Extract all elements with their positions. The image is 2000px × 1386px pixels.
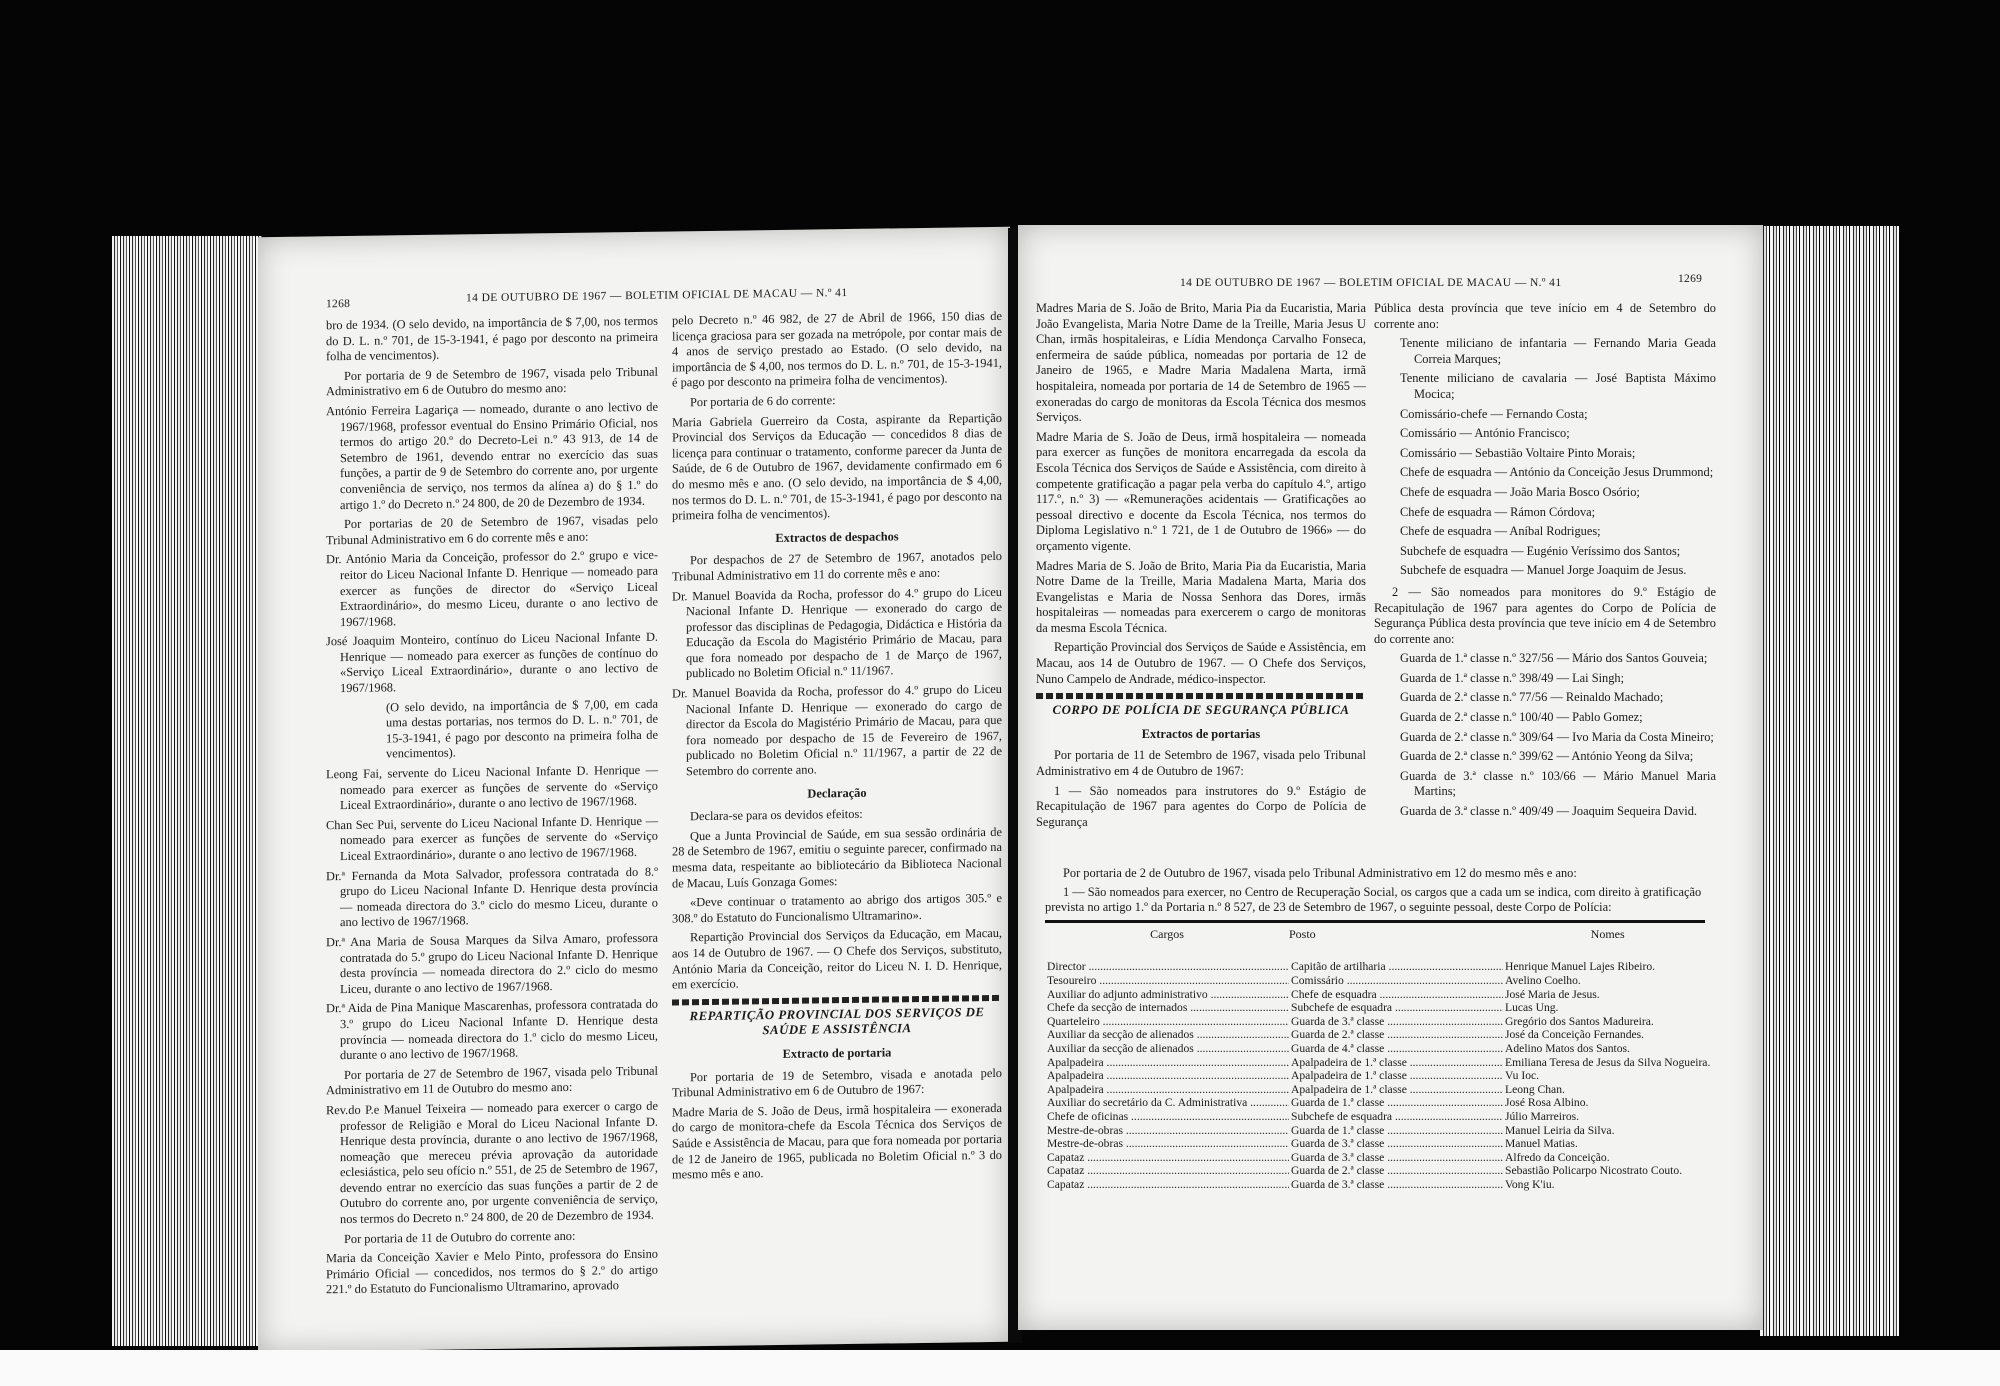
paragraph: 1 — São nomeados para instrutores do 9.º… <box>1036 784 1366 831</box>
posto-cell: Capitão de artilharia ..................… <box>1289 960 1503 974</box>
posto-cell: Guarda de 2.ª classe ...................… <box>1289 1028 1503 1042</box>
posto-cell: Apalpadeira de 1.ª classe ..............… <box>1289 1056 1503 1070</box>
cargo-cell: Capataz ................................… <box>1045 1178 1289 1192</box>
paragraph: Maria da Conceição Xavier e Melo Pinto, … <box>326 1247 658 1298</box>
instructors-list: Tenente miliciano de infantaria — Fernan… <box>1374 336 1716 579</box>
table-row: Mestre-de-obras ........................… <box>1045 1137 1712 1151</box>
cargo-cell: Director ...............................… <box>1045 960 1289 974</box>
paragraph: Por despachos de 27 de Setembro de 1967,… <box>672 549 1002 585</box>
paragraph: António Ferreira Lagariça — nomeado, dur… <box>326 400 658 514</box>
cargo-cell: Quarteleiro ............................… <box>1045 1015 1289 1029</box>
paragraph: Dr.ª Ana Maria de Sousa Marques da Silva… <box>326 931 658 998</box>
list-item: Chefe de esquadra — Aníbal Rodrigues; <box>1374 524 1716 540</box>
col-header-posto: Posto <box>1289 923 1503 961</box>
list-item: Guarda de 2.ª classe n.º 399/62 — Antóni… <box>1374 749 1716 765</box>
list-item: Guarda de 2.ª classe n.º 100/40 — Pablo … <box>1374 710 1716 726</box>
paragraph: Dr.ª Fernanda da Mota Salvador, professo… <box>326 864 658 931</box>
nome-cell: Manuel Leiria da Silva. <box>1503 1124 1712 1138</box>
paragraph: Dr. Manuel Boavida da Rocha, professor d… <box>672 682 1002 780</box>
paragraph: Repartição Provincial dos Serviços de Sa… <box>1036 640 1366 687</box>
paragraph: Madre Maria de S. João de Deus, irmã hos… <box>672 1101 1002 1184</box>
table-row: Director ...............................… <box>1045 960 1712 974</box>
paragraph: Que a Junta Provincial de Saúde, em sua … <box>672 825 1002 892</box>
paragraph: Maria Gabriela Guerreiro da Costa, aspir… <box>672 410 1002 524</box>
list-item: Chefe de esquadra — João Maria Bosco Osó… <box>1374 485 1716 501</box>
posto-cell: Comissário .............................… <box>1289 974 1503 988</box>
posto-cell: Guarda de 1.ª classe ...................… <box>1289 1124 1503 1138</box>
section-heading: CORPO DE POLÍCIA DE SEGURANÇA PÚBLICA <box>1036 703 1366 719</box>
nome-cell: José da Conceição Fernandes. <box>1503 1028 1712 1042</box>
posto-cell: Subchefe de esquadra ...................… <box>1289 1110 1503 1124</box>
monitors-intro: 2 — São nomeados para monitores do 9.º E… <box>1374 585 1716 647</box>
list-item: Guarda de 2.ª classe n.º 77/56 — Reinald… <box>1374 690 1716 706</box>
cargo-cell: Apalpadeira ............................… <box>1045 1069 1289 1083</box>
right-column-2: Pública desta província que teve início … <box>1374 301 1716 824</box>
list-item: Tenente miliciano de infantaria — Fernan… <box>1374 336 1716 367</box>
nome-cell: Lucas Ung. <box>1503 1001 1712 1015</box>
paragraph: Rev.do P.e Manuel Teixeira — nomeado par… <box>326 1099 658 1228</box>
paragraph: (O selo devido, na importância de $ 7,00… <box>326 696 658 763</box>
book-page-edges-right <box>1760 226 1900 1336</box>
posto-cell: Guarda de 1.ª classe ...................… <box>1289 1096 1503 1110</box>
instructors-intro: Pública desta província que teve início … <box>1374 301 1716 332</box>
table-row: Chefe da secção de internados ..........… <box>1045 1001 1712 1015</box>
list-item: Subchefe de esquadra — Eugénio Veríssimo… <box>1374 544 1716 560</box>
paragraph: Por portaria de 19 de Setembro, visada e… <box>672 1065 1002 1101</box>
col-header-nomes: Nomes <box>1503 923 1712 961</box>
monitors-list: Guarda de 1.ª classe n.º 327/56 — Mário … <box>1374 651 1716 819</box>
posto-cell: Apalpadeira de 1.ª classe ..............… <box>1289 1083 1503 1097</box>
section-heading: Extractos de portarias <box>1036 727 1366 743</box>
table-row: Capataz ................................… <box>1045 1178 1712 1192</box>
paragraph: Por portaria de 11 de Setembro de 1967, … <box>1036 748 1366 779</box>
table-row: Quarteleiro ............................… <box>1045 1015 1712 1029</box>
paragraph: Chan Sec Pui, servente do Liceu Nacional… <box>326 813 658 864</box>
paragraph: Por portarias de 20 de Setembro de 1967,… <box>326 513 658 549</box>
scanner-bottom-strip <box>0 1350 2000 1386</box>
cargo-cell: Apalpadeira ............................… <box>1045 1056 1289 1070</box>
paragraph: Madres Maria de S. João de Brito, Maria … <box>1036 301 1366 426</box>
paragraph: Por portaria de 6 do corrente: <box>672 391 1002 411</box>
page-number: 1269 <box>1678 273 1702 285</box>
paragraph: Leong Fai, servente do Liceu Nacional In… <box>326 763 658 814</box>
table-row: Apalpadeira ............................… <box>1045 1083 1712 1097</box>
paragraph: Declara-se para os devidos efeitos: <box>672 805 1002 825</box>
nome-cell: Vong K'iu. <box>1503 1178 1712 1192</box>
list-item: Comissário-chefe — Fernando Costa; <box>1374 407 1716 423</box>
wide-paragraph-2: 1 — São nomeados para exercer, no Centro… <box>1045 885 1705 916</box>
posto-cell: Guarda de 3.ª classe ...................… <box>1289 1137 1503 1151</box>
paragraph: Por portaria de 11 de Outubro do corrent… <box>326 1227 658 1247</box>
posto-cell: Guarda de 3.ª classe ...................… <box>1289 1151 1503 1165</box>
table-row: Capataz ................................… <box>1045 1151 1712 1165</box>
nome-cell: José Rosa Albino. <box>1503 1096 1712 1110</box>
section-heading: Extracto de portaria <box>672 1044 1002 1064</box>
nome-cell: Leong Chan. <box>1503 1083 1712 1097</box>
table-row: Auxiliar do adjunto administrativo .....… <box>1045 988 1712 1002</box>
table-row: Auxiliar da secção de alienados ........… <box>1045 1042 1712 1056</box>
cargo-cell: Apalpadeira ............................… <box>1045 1083 1289 1097</box>
wide-paragraph-1: Por portaria de 2 de Outubro de 1967, vi… <box>1045 866 1705 882</box>
paragraph: Repartição Provincial dos Serviços da Ed… <box>672 926 1002 993</box>
nome-cell: Sebastião Policarpo Nicostrato Couto. <box>1503 1164 1712 1178</box>
paragraph: Por portaria de 9 de Setembro de 1967, v… <box>326 364 658 400</box>
cargo-cell: Auxiliar do adjunto administrativo .....… <box>1045 988 1289 1002</box>
paragraph: Madre Maria de S. João de Deus, irmã hos… <box>1036 430 1366 555</box>
section-heading: Extractos de despachos <box>672 528 1002 548</box>
cargo-cell: Auxiliar da secção de alienados ........… <box>1045 1028 1289 1042</box>
cargo-cell: Tesoureiro .............................… <box>1045 974 1289 988</box>
nome-cell: Júlio Marreiros. <box>1503 1110 1712 1124</box>
paragraph: José Joaquim Monteiro, contínuo do Liceu… <box>326 630 658 697</box>
paragraph: Por portaria de 27 de Setembro de 1967, … <box>326 1063 658 1099</box>
table-row: Apalpadeira ............................… <box>1045 1069 1712 1083</box>
left-column-2: pelo Decreto n.º 46 982, de 27 de Abril … <box>672 309 1002 1187</box>
nome-cell: Manuel Matias. <box>1503 1137 1712 1151</box>
list-item: Guarda de 1.ª classe n.º 327/56 — Mário … <box>1374 651 1716 667</box>
running-head: 14 DE OUTUBRO DE 1967 — BOLETIM OFICIAL … <box>466 287 847 304</box>
table-row: Chefe de oficinas ......................… <box>1045 1110 1712 1124</box>
cargo-cell: Mestre-de-obras ........................… <box>1045 1124 1289 1138</box>
paragraph: pelo Decreto n.º 46 982, de 27 de Abril … <box>672 309 1002 392</box>
cargos-table: Cargos Posto Nomes Director ............… <box>1045 923 1712 1192</box>
section-heading: REPARTIÇÃO PROVINCIAL DOS SERVIÇOS DE SA… <box>672 1005 1002 1041</box>
book-page-edges-left <box>112 236 262 1346</box>
dashed-rule <box>672 995 1002 1006</box>
table-row: Mestre-de-obras ........................… <box>1045 1124 1712 1138</box>
posto-cell: Apalpadeira de 1.ª classe ..............… <box>1289 1069 1503 1083</box>
table-row: Capataz ................................… <box>1045 1164 1712 1178</box>
table-row: Apalpadeira ............................… <box>1045 1056 1712 1070</box>
nome-cell: Alfredo da Conceição. <box>1503 1151 1712 1165</box>
paragraph: Madres Maria de S. João de Brito, Maria … <box>1036 559 1366 637</box>
cargo-cell: Capataz ................................… <box>1045 1151 1289 1165</box>
nome-cell: José Maria de Jesus. <box>1503 988 1712 1002</box>
list-item: Subchefe de esquadra — Manuel Jorge Joaq… <box>1374 563 1716 579</box>
posto-cell: Guarda de 3.ª classe ...................… <box>1289 1015 1503 1029</box>
posto-cell: Chefe de esquadra ......................… <box>1289 988 1503 1002</box>
table-row: Tesoureiro .............................… <box>1045 974 1712 988</box>
paragraph: Dr.ª Aida de Pina Manique Mascarenhas, p… <box>326 997 658 1064</box>
nome-cell: Adelino Matos dos Santos. <box>1503 1042 1712 1056</box>
nome-cell: Henrique Manuel Lajes Ribeiro. <box>1503 960 1712 974</box>
page-number: 1268 <box>326 298 350 310</box>
cargo-cell: Chefe da secção de internados ..........… <box>1045 1001 1289 1015</box>
paragraph: Dr. António Maria da Conceição, professo… <box>326 548 658 631</box>
posto-cell: Guarda de 2.ª classe ...................… <box>1289 1164 1503 1178</box>
list-item: Guarda de 2.ª classe n.º 309/64 — Ivo Ma… <box>1374 730 1716 746</box>
list-item: Guarda de 3.ª classe n.º 103/66 — Mário … <box>1374 769 1716 800</box>
nome-cell: Avelino Coelho. <box>1503 974 1712 988</box>
paragraph: «Deve continuar o tratamento ao abrigo d… <box>672 891 1002 927</box>
list-item: Comissário — Sebastião Voltaire Pinto Mo… <box>1374 446 1716 462</box>
table-row: Auxiliar do secretário da C. Administrat… <box>1045 1096 1712 1110</box>
dashed-rule <box>1036 693 1366 699</box>
left-column-1: bro de 1934. (O selo devido, na importân… <box>326 314 658 1303</box>
table-row: Auxiliar da secção de alienados ........… <box>1045 1028 1712 1042</box>
nome-cell: Emiliana Teresa de Jesus da Silva Noguei… <box>1503 1056 1712 1070</box>
list-item: Tenente miliciano de cavalaria — José Ba… <box>1374 371 1716 402</box>
nome-cell: Gregório dos Santos Madureira. <box>1503 1015 1712 1029</box>
right-column-1: Madres Maria de S. João de Brito, Maria … <box>1036 301 1366 834</box>
cargo-cell: Auxiliar do secretário da C. Administrat… <box>1045 1096 1289 1110</box>
list-item: Guarda de 1.ª classe n.º 398/49 — Lai Si… <box>1374 671 1716 687</box>
cargo-cell: Mestre-de-obras ........................… <box>1045 1137 1289 1151</box>
section-heading: Declaração <box>672 783 1002 803</box>
cargo-cell: Auxiliar da secção de alienados ........… <box>1045 1042 1289 1056</box>
posto-cell: Guarda de 4.ª classe ...................… <box>1289 1042 1503 1056</box>
left-page: 1268 14 DE OUTUBRO DE 1967 — BOLETIM OFI… <box>258 227 1010 1353</box>
list-item: Comissário — António Francisco; <box>1374 426 1716 442</box>
cargo-cell: Chefe de oficinas ......................… <box>1045 1110 1289 1124</box>
cargo-cell: Capataz ................................… <box>1045 1164 1289 1178</box>
paragraph: Dr. Manuel Boavida da Rocha, professor d… <box>672 584 1002 682</box>
nome-cell: Vu Ioc. <box>1503 1069 1712 1083</box>
posto-cell: Guarda de 3.ª classe ...................… <box>1289 1178 1503 1192</box>
list-item: Guarda de 3.ª classe n.º 409/49 — Joaqui… <box>1374 804 1716 820</box>
col-header-cargos: Cargos <box>1045 923 1289 961</box>
wide-section: Por portaria de 2 de Outubro de 1967, vi… <box>1045 866 1705 1191</box>
running-head: 14 DE OUTUBRO DE 1967 — BOLETIM OFICIAL … <box>1180 277 1561 289</box>
paragraph: bro de 1934. (O selo devido, na importân… <box>326 314 658 365</box>
list-item: Chefe de esquadra — Rámon Córdova; <box>1374 505 1716 521</box>
posto-cell: Subchefe de esquadra ...................… <box>1289 1001 1503 1015</box>
list-item: Chefe de esquadra — António da Conceição… <box>1374 465 1716 481</box>
